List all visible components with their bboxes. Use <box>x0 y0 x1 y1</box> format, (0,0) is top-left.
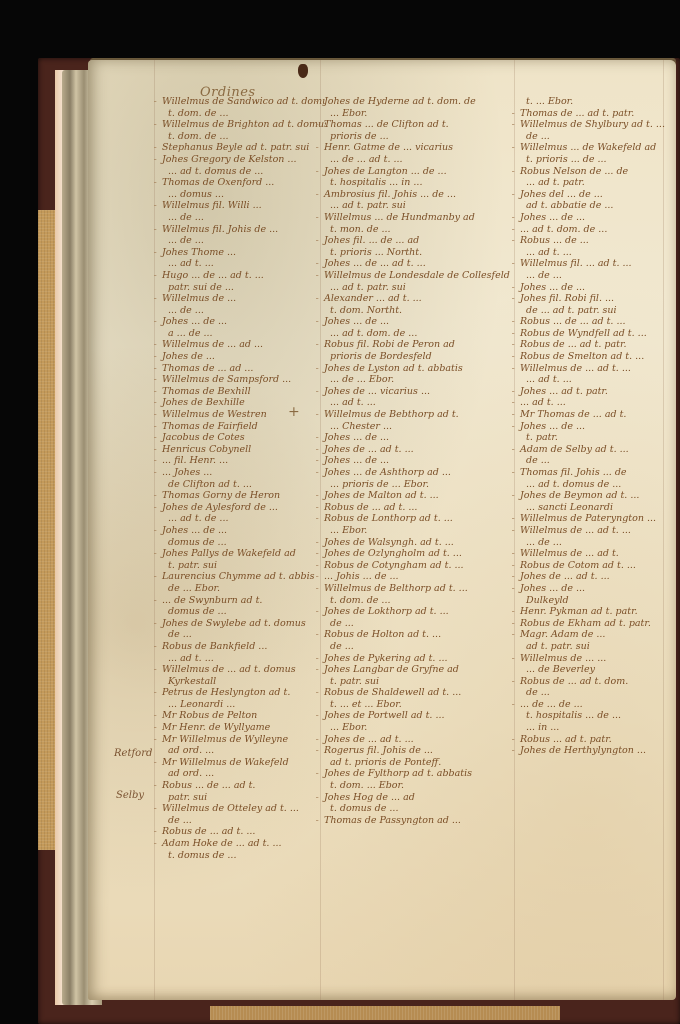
entry-continuation: ... ad t. domus de ... <box>154 166 326 178</box>
ordinand-entry: Adam de Selby ad t. ... <box>512 444 672 456</box>
ordinand-entry: ... de Swynburn ad t. <box>154 595 326 607</box>
ordinand-entry: Willelmus fil. Johis de ... <box>154 224 326 236</box>
entry-continuation: t. prioris ... de ... <box>512 154 672 166</box>
ordinand-entry: Willelmus de Sampsford ... <box>154 374 326 386</box>
ordinand-entry: Adam Hoke de ... ad t. ... <box>154 838 326 850</box>
ordinand-entry: Johes de Swylebe ad t. domus <box>154 618 326 630</box>
entry-continuation: Dulkeyld <box>512 595 672 607</box>
ordinand-entry: Willelmus de Westren <box>154 409 326 421</box>
ordinand-entry: Thomas ... de Clifton ad t. <box>316 119 512 131</box>
ordinand-entry: Robus ... ad t. patr. <box>512 734 672 746</box>
ordinand-entry: Robus de ... ad t. dom. <box>512 676 672 688</box>
ordinand-entry: Robus de Bankfield ... <box>154 641 326 653</box>
entry-continuation: t. ... Ebor. <box>512 96 672 108</box>
entry-continuation: ... in ... <box>512 722 672 734</box>
ordinand-entry: Johes de Pykering ad t. ... <box>316 653 512 665</box>
entry-continuation: t. patr. <box>512 432 672 444</box>
ordinand-entry: Johes de Bexhille <box>154 397 326 409</box>
entry-continuation: de ... <box>316 641 512 653</box>
column-3: t. ... Ebor.Thomas de ... ad t. patr.Wil… <box>512 96 672 757</box>
entry-continuation: t. domus de ... <box>154 850 326 862</box>
ordinand-entry: Thomas de ... ad t. patr. <box>512 108 672 120</box>
ordinand-entry: Johes ... de ... <box>316 455 512 467</box>
entry-continuation: ... ad t. patr. sui <box>316 282 512 294</box>
ordinand-entry: Thomas fil. Johis ... de <box>512 467 672 479</box>
entry-continuation: domus de ... <box>154 606 326 618</box>
entry-continuation: prioris de ... <box>316 131 512 143</box>
entry-continuation: de ... <box>512 687 672 699</box>
ordinand-entry: Johes ... de ... <box>512 421 672 433</box>
ordinand-entry: Robus de Lonthorp ad t. ... <box>316 513 512 525</box>
entry-continuation: t. mon. de ... <box>316 224 512 236</box>
entry-continuation: ... Ebor. <box>316 525 512 537</box>
entry-continuation: t. prioris ... Northt. <box>316 247 512 259</box>
ordinand-entry: Willelmus de Bebthorp ad t. <box>316 409 512 421</box>
ordinand-entry: Johes de ... <box>154 351 326 363</box>
entry-continuation: t. dom. de ... <box>316 595 512 607</box>
ordinand-entry: Thomas de Passyngton ad ... <box>316 815 512 827</box>
ordinand-entry: Johes ... de ... <box>154 316 326 328</box>
ordinand-entry: Johes Thome ... <box>154 247 326 259</box>
entry-continuation: de ... <box>154 629 326 641</box>
ordinand-entry: Johes de Herthylyngton ... <box>512 745 672 757</box>
ordinand-entry: Magr. Adam de ... <box>512 629 672 641</box>
entry-continuation: ... ad t. patr. <box>512 177 672 189</box>
ordinand-entry: Johes de Lyston ad t. abbatis <box>316 363 512 375</box>
entry-continuation: ... prioris de ... Ebor. <box>316 479 512 491</box>
entry-continuation: ... Ebor. <box>316 108 512 120</box>
ordinand-entry: Robus de Smelton ad t. ... <box>512 351 672 363</box>
entry-continuation: domus de ... <box>154 537 326 549</box>
column-1: Willelmus de Sandwico ad t. domust. dom.… <box>154 96 326 861</box>
ordinand-entry: Willelmus de Otteley ad t. ... <box>154 803 326 815</box>
ink-blot <box>298 64 308 78</box>
entry-continuation: ad t. abbatie de ... <box>512 200 672 212</box>
ordinand-entry: Henr. Gatme de ... vicarius <box>316 142 512 154</box>
ordinand-entry: Johes de ... ad t. ... <box>316 734 512 746</box>
entry-continuation: ... de ... <box>154 305 326 317</box>
ordinand-entry: Ambrosius fil. Johis ... de ... <box>316 189 512 201</box>
ordinand-entry: Robus de Cotom ad t. ... <box>512 560 672 572</box>
ordinand-entry: Johes de ... vicarius ... <box>316 386 512 398</box>
ordinand-entry: Johes Gregory de Kelston ... <box>154 154 326 166</box>
ordinand-entry: Hugo ... de ... ad t. ... <box>154 270 326 282</box>
entry-continuation: ... ad t. de ... <box>154 513 326 525</box>
entry-continuation: ad ord. ... <box>154 768 326 780</box>
ordinand-entry: Johes ... de ... <box>512 583 672 595</box>
ordinand-entry: Johes ... de ... <box>154 525 326 537</box>
ordinand-entry: Willelmus de Londesdale de Collesfeld <box>316 270 512 282</box>
manuscript-leaf: Ordines Willelmus de Sandwico ad t. domu… <box>88 60 676 1000</box>
entry-continuation: ... de ... <box>154 235 326 247</box>
entry-continuation: ... ad t. domus de ... <box>512 479 672 491</box>
ordinand-entry: Willelmus de Brighton ad t. domus <box>154 119 326 131</box>
entry-continuation: ... Ebor. <box>316 722 512 734</box>
entry-continuation: ad t. patr. sui <box>512 641 672 653</box>
entry-continuation: t. dom. de ... <box>154 131 326 143</box>
ordinand-entry: Johes fil. Robi fil. ... <box>512 293 672 305</box>
ordinand-entry: Johes Langbar de Gryfne ad <box>316 664 512 676</box>
ordinand-entry: Rogerus fil. Johis de ... <box>316 745 512 757</box>
ordinand-entry: Johes de Langton ... de ... <box>316 166 512 178</box>
ordinand-entry: Henr. Pykman ad t. patr. <box>512 606 672 618</box>
ordinand-entry: Thomas de ... ad ... <box>154 363 326 375</box>
photo-background: Ordines Willelmus de Sandwico ad t. domu… <box>0 0 680 1024</box>
entry-continuation: ... de ... <box>512 270 672 282</box>
ordinand-entry: ... Johes ... <box>154 467 326 479</box>
ordinand-entry: Willelmus fil. Willi ... <box>154 200 326 212</box>
ordinand-entry: Johes de ... ad t. ... <box>512 571 672 583</box>
ordinand-entry: Johes ... de ... <box>512 282 672 294</box>
entry-continuation: de ... <box>512 131 672 143</box>
entry-continuation: de ... Ebor. <box>154 583 326 595</box>
entry-continuation: ... ad t. ... <box>154 258 326 270</box>
entry-continuation: prioris de Bordesfeld <box>316 351 512 363</box>
ordinand-entry: Robus de ... ad t. ... <box>316 502 512 514</box>
marginal-note-retford: Retford <box>114 748 152 759</box>
ordinand-entry: Thomas Gorny de Heron <box>154 490 326 502</box>
ordinand-entry: Willelmus fil. ... ad t. ... <box>512 258 672 270</box>
entry-continuation: t. patr. sui <box>154 560 326 572</box>
ordinand-entry: Robus fil. Robi de Peron ad <box>316 339 512 351</box>
entry-continuation: ... de ... ad t. ... <box>316 154 512 166</box>
entry-continuation: de Clifton ad t. ... <box>154 479 326 491</box>
entry-continuation: ad t. prioris de Ponteff. <box>316 757 512 769</box>
ordinand-entry: Robus de Wyndfell ad t. ... <box>512 328 672 340</box>
ordinand-entry: Johes Hog de ... ad <box>316 792 512 804</box>
ordinand-entry: Henricus Cobynell <box>154 444 326 456</box>
ordinand-entry: Robus de Shaldewell ad t. ... <box>316 687 512 699</box>
entry-continuation: ... sancti Leonardi <box>512 502 672 514</box>
ordinand-entry: Robus ... de ... <box>512 235 672 247</box>
ordinand-entry: Robus de ... ad t. ... <box>154 826 326 838</box>
ordinand-entry: Willelmus de ... <box>154 293 326 305</box>
ordinand-entry: Thomas de Fairfield <box>154 421 326 433</box>
entry-continuation: ... ad t. patr. sui <box>316 200 512 212</box>
ordinand-entry: Willelmus de ... ad t. <box>512 548 672 560</box>
ordinand-entry: ... de ... de ... <box>512 699 672 711</box>
ordinand-entry: Laurencius Chymme ad t. abbis <box>154 571 326 583</box>
ordinand-entry: Johes de Portwell ad t. ... <box>316 710 512 722</box>
entry-continuation: t. dom. ... Ebor. <box>316 780 512 792</box>
entry-continuation: ... ad t. ... <box>316 397 512 409</box>
ordinand-entry: Robus de Holton ad t. ... <box>316 629 512 641</box>
ordinand-entry: Thomas de Bexhill <box>154 386 326 398</box>
ordinand-entry: ... ad t. dom. de ... <box>512 224 672 236</box>
ordinand-entry: Willelmus de Pateryngton ... <box>512 513 672 525</box>
ordinand-entry: Johes de Fylthorp ad t. abbatis <box>316 768 512 780</box>
ordinand-entry: Johes del ... de ... <box>512 189 672 201</box>
ordinand-entry: Johes Pallys de Wakefeld ad <box>154 548 326 560</box>
ordinand-entry: Johes fil. ... de ... ad <box>316 235 512 247</box>
ordinand-entry: Mr Willelmus de Wakefeld <box>154 757 326 769</box>
marginal-note-selby: Selby <box>116 790 144 801</box>
entry-continuation: de ... <box>512 455 672 467</box>
entry-continuation: t. patr. sui <box>316 676 512 688</box>
ordinand-entry: Johes ... de ... <box>316 316 512 328</box>
entry-continuation: ... ad t. ... <box>512 247 672 259</box>
entry-continuation: ad ord. ... <box>154 745 326 757</box>
ordinand-entry: Johes ... ad t. patr. <box>512 386 672 398</box>
ordinand-entry: ... fil. Henr. ... <box>154 455 326 467</box>
entry-continuation: ... Chester ... <box>316 421 512 433</box>
entry-continuation: ... de ... Ebor. <box>316 374 512 386</box>
ordinand-entry: Johes de Hyderne ad t. dom. de <box>316 96 512 108</box>
ordinand-entry: Alexander ... ad t. ... <box>316 293 512 305</box>
entry-continuation: ... ad t. ... <box>512 374 672 386</box>
ordinand-entry: Thomas de Oxenford ... <box>154 177 326 189</box>
ordinand-entry: Willelmus de Belthorp ad t. ... <box>316 583 512 595</box>
column-2: Johes de Hyderne ad t. dom. de... Ebor.T… <box>316 96 512 826</box>
entry-continuation: t. ... et ... Ebor. <box>316 699 512 711</box>
ordinand-entry: Johes de Ozlyngholm ad t. ... <box>316 548 512 560</box>
ordinand-entry: Johes de Walsyngh. ad t. ... <box>316 537 512 549</box>
entry-continuation: de ... <box>316 618 512 630</box>
entry-continuation: t. dom. Northt. <box>316 305 512 317</box>
entry-continuation: ... domus ... <box>154 189 326 201</box>
entry-continuation: ... ad t. ... <box>154 653 326 665</box>
ordinand-entry: Stephanus Beyle ad t. patr. sui <box>154 142 326 154</box>
ordinand-entry: Robus ... de ... ad t. <box>154 780 326 792</box>
entry-continuation: t. dom. de ... <box>154 108 326 120</box>
entry-continuation: t. hospitalis ... de ... <box>512 710 672 722</box>
ordinand-entry: Willelmus de ... ad t. ... <box>512 363 672 375</box>
ordinand-entry: Johes de Lokthorp ad t. ... <box>316 606 512 618</box>
ordinand-entry: Robus de Ekham ad t. patr. <box>512 618 672 630</box>
cross-mark-icon: + <box>288 404 300 420</box>
ordinand-entry: Willelmus ... de Hundmanby ad <box>316 212 512 224</box>
ordinand-entry: Johes de ... ad t. ... <box>316 444 512 456</box>
ordinand-entry: Willelmus de ... ad t. ... <box>512 525 672 537</box>
entry-continuation: ... ad t. dom. de ... <box>316 328 512 340</box>
entry-continuation: ... de ... <box>512 537 672 549</box>
ordinand-entry: Jacobus de Cotes <box>154 432 326 444</box>
ordinand-entry: Mr Henr. de Wyllyame <box>154 722 326 734</box>
entry-continuation: patr. sui de ... <box>154 282 326 294</box>
ordinand-entry: ... ad t. ... <box>512 397 672 409</box>
entry-continuation: de ... ad t. patr. sui <box>512 305 672 317</box>
entry-continuation: ... de Beverley <box>512 664 672 676</box>
entry-continuation: t. hospitalis ... in ... <box>316 177 512 189</box>
ordinand-entry: ... Johis ... de ... <box>316 571 512 583</box>
ordinand-entry: Willelmus de ... ad ... <box>154 339 326 351</box>
entry-continuation: ... Leonardi ... <box>154 699 326 711</box>
ordinand-entry: Willelmus de ... ad t. domus <box>154 664 326 676</box>
entry-continuation: t. domus de ... <box>316 803 512 815</box>
ordinand-entry: Johes de Beymon ad t. ... <box>512 490 672 502</box>
ordinand-entry: Robus de ... ad t. patr. <box>512 339 672 351</box>
ordinand-entry: Willelmus ... de Wakefeld ad <box>512 142 672 154</box>
ordinand-entry: Johes de Aylesford de ... <box>154 502 326 514</box>
ordinand-entry: Johes ... de ... <box>316 432 512 444</box>
ordinand-entry: Robus Nelson de ... de <box>512 166 672 178</box>
ordinand-entry: Johes de Malton ad t. ... <box>316 490 512 502</box>
ordinand-entry: Willelmus de Shylbury ad t. ... <box>512 119 672 131</box>
entry-continuation: ... de ... <box>154 212 326 224</box>
entry-continuation: a ... de ... <box>154 328 326 340</box>
ordinand-entry: Robus de Cotyngham ad t. ... <box>316 560 512 572</box>
cloth-binding-edge <box>38 210 55 850</box>
entry-continuation: Kyrkestall <box>154 676 326 688</box>
cloth-binding-bottom <box>210 1006 560 1020</box>
ordinand-entry: Mr Robus de Pelton <box>154 710 326 722</box>
ordinand-entry: Petrus de Heslyngton ad t. <box>154 687 326 699</box>
ordinand-entry: Mr Thomas de ... ad t. <box>512 409 672 421</box>
ordinand-entry: Willelmus de Sandwico ad t. domus <box>154 96 326 108</box>
ordinand-entry: Willelmus de ... ... <box>512 653 672 665</box>
entry-continuation: patr. sui <box>154 792 326 804</box>
entry-continuation: de ... <box>154 815 326 827</box>
ordinand-entry: Johes ... de ... <box>512 212 672 224</box>
ordinand-entry: Mr Willelmus de Wylleyne <box>154 734 326 746</box>
ordinand-entry: Johes ... de Ashthorp ad ... <box>316 467 512 479</box>
ordinand-entry: Johes ... de ... ad t. ... <box>316 258 512 270</box>
ordinand-entry: Robus ... de ... ad t. ... <box>512 316 672 328</box>
